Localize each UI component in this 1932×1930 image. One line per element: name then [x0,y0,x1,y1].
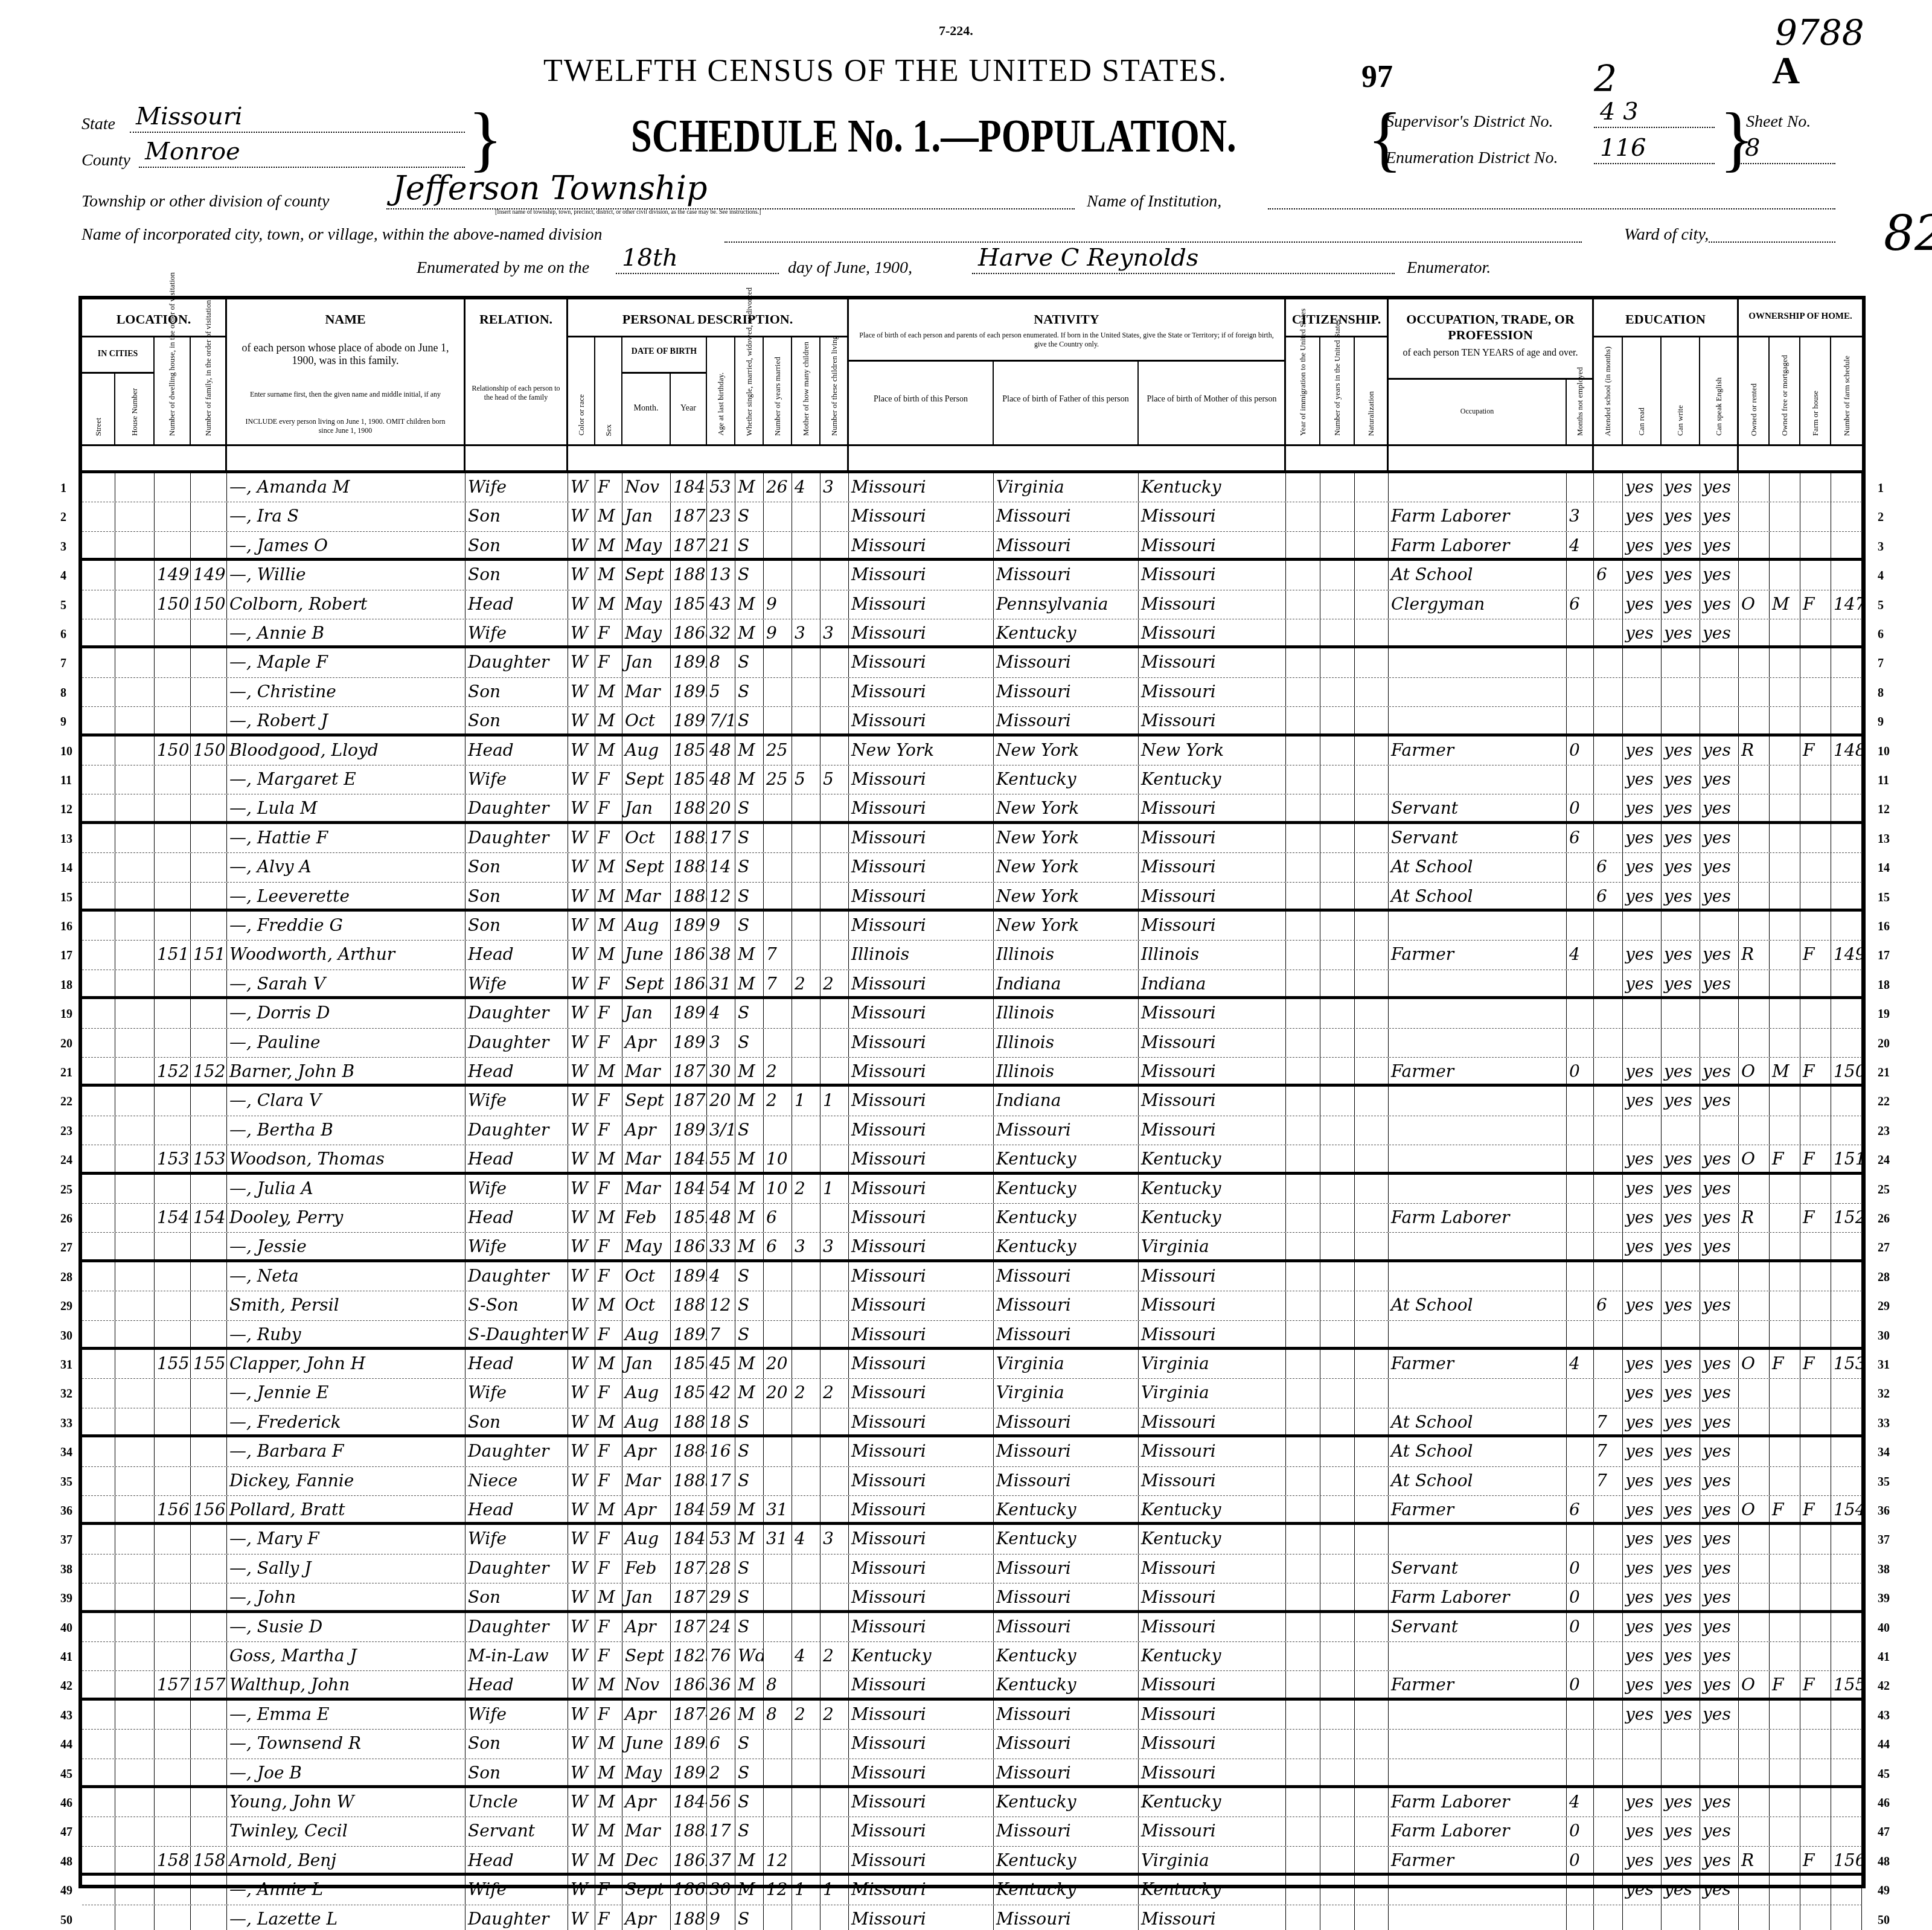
cell-color: W [568,1642,595,1670]
table-row: —, Emma EWifeWFApr187426M822MissouriMiss… [82,1701,1862,1730]
cell-fs [1831,1701,1862,1729]
cell-nat [1355,1116,1389,1145]
table-row: 157157Walthup, JohnHeadWMNov186336M8Miss… [82,1671,1862,1700]
line-number: 33 [1878,1417,1890,1431]
cell-yus [1320,1583,1355,1609]
cell-imm [1286,1496,1320,1522]
cell-dw [155,1467,191,1495]
cell-bm: New York [1139,737,1286,765]
cell-own [1739,473,1770,502]
cell-bm: Missouri [1139,648,1286,677]
cell-read: yes [1623,794,1662,820]
cell-fm [1770,1905,1800,1930]
cell-farm [1800,1408,1831,1434]
cell-read [1623,1321,1662,1347]
cell-farm [1800,853,1831,881]
cell-color: W [568,1087,595,1115]
cell-month: Jan [622,794,671,820]
cell-street [82,532,115,558]
cell-ym: 2 [764,1087,792,1115]
cell-nat [1355,1730,1389,1758]
cell-write: yes [1662,561,1700,589]
cell-mu: 0 [1567,1817,1594,1845]
cell-fm [1770,1701,1800,1729]
cell-house [115,970,155,996]
cell-moc: 1 [792,1876,820,1904]
cell-street [82,1087,115,1115]
cell-rel: Daughter [465,824,568,852]
cell-cl [820,1145,849,1171]
cell-nat [1355,1233,1389,1259]
line-number: 44 [1878,1738,1890,1752]
cell-name: —, Sally J [227,1555,465,1583]
cell-bf: New York [994,737,1139,765]
cell-ym: 31 [764,1525,792,1553]
cell-yus [1320,1817,1355,1845]
cell-eng: yes [1700,1701,1739,1729]
cell-rel: Head [465,1496,568,1522]
cell-read: yes [1623,1817,1662,1845]
cell-bm: Missouri [1139,883,1286,909]
cell-farm: F [1800,1145,1831,1171]
cell-read: yes [1623,561,1662,589]
cell-color: W [568,1905,595,1930]
cell-street [82,765,115,794]
cell-year: 1865 [671,1876,707,1904]
cell-house [115,1905,155,1930]
cell-ym: 7 [764,941,792,969]
cell-sch [1594,1029,1623,1057]
cell-sex: F [595,970,622,996]
cell-farm [1800,619,1831,645]
cell-color: W [568,883,595,909]
cell-farm [1800,912,1831,940]
line-number: 35 [1878,1475,1890,1489]
cell-imm [1286,590,1320,619]
cell-imm [1286,1058,1320,1084]
cell-bf: Missouri [994,1730,1139,1758]
cell-age: 16 [707,1437,735,1466]
table-row: —, Barbara FDaughterWFApr188416SMissouri… [82,1437,1862,1466]
cell-rel: Uncle [465,1788,568,1817]
cell-nat [1355,1847,1389,1873]
census-title: TWELFTH CENSUS OF THE UNITED STATES. [543,53,1227,89]
cell-fs: 148 [1831,737,1862,765]
cell-bp: Missouri [849,1087,994,1115]
cell-dw: 156 [155,1496,191,1522]
cell-rel: Daughter [465,1555,568,1583]
cell-fam [191,619,227,645]
cell-cl: 3 [820,1525,849,1553]
cell-mar: S [735,1116,764,1145]
cell-age: 53 [707,473,735,502]
cell-eng: yes [1700,590,1739,619]
cell-occ [1389,678,1567,706]
cell-fam [191,678,227,706]
cell-year: 1888 [671,883,707,909]
cell-street [82,1116,115,1145]
cell-bm: Missouri [1139,1467,1286,1495]
cell-nat [1355,970,1389,996]
cell-ym: 31 [764,1496,792,1522]
cell-farm: F [1800,590,1831,619]
cell-street [82,590,115,619]
cell-ym: 20 [764,1379,792,1407]
cell-bf: Kentucky [994,1496,1139,1522]
cell-sex: M [595,1847,622,1873]
cell-bp: Missouri [849,1817,994,1845]
cell-ym: 25 [764,737,792,765]
cell-eng: yes [1700,1525,1739,1553]
cell-nat [1355,1145,1389,1171]
cell-bm: Indiana [1139,970,1286,996]
cell-bf: Missouri [994,1905,1139,1930]
cell-age: 59 [707,1496,735,1522]
cell-mu [1567,1233,1594,1259]
cell-occ [1389,1379,1567,1407]
cell-rel: Daughter [465,999,568,1027]
cell-fm: M [1770,590,1800,619]
cell-imm [1286,941,1320,969]
cell-street [82,473,115,502]
cell-bm: Missouri [1139,1437,1286,1466]
cell-bm: Missouri [1139,1730,1286,1758]
cell-nat [1355,1175,1389,1203]
line-number: 11 [60,774,72,788]
cell-own [1739,678,1770,706]
cell-age: 29 [707,1583,735,1609]
cell-ym: 9 [764,619,792,645]
cell-occ: At School [1389,1291,1567,1320]
line-number: 31 [60,1358,72,1372]
line-number: 47 [60,1826,72,1839]
line-number: 24 [1878,1154,1890,1168]
enumeration-value: 116 [1600,134,1646,162]
cell-fs [1831,1876,1862,1904]
line-number: 16 [60,920,72,934]
cell-street [82,1408,115,1434]
cell-fs [1831,1642,1862,1670]
cell-street [82,1379,115,1407]
cell-read: yes [1623,1291,1662,1320]
cell-name: —, Frederick [227,1408,465,1434]
cell-write: yes [1662,1847,1700,1873]
cell-street [82,737,115,765]
cell-own [1739,853,1770,881]
cell-cl [820,1759,849,1785]
enumerated-suffix: day of June, 1900, [788,258,912,278]
cell-fam [191,824,227,852]
cell-yus [1320,970,1355,996]
cell-house [115,1291,155,1320]
cell-house [115,1204,155,1232]
cell-age: 48 [707,765,735,794]
cell-read: yes [1623,1145,1662,1171]
cell-fam [191,1525,227,1553]
cell-yus [1320,883,1355,909]
cell-read [1623,999,1662,1027]
cell-imm [1286,1525,1320,1553]
cell-color: W [568,532,595,558]
cell-year: 1868 [671,619,707,645]
cell-moc [792,1671,820,1697]
cell-name: Twinley, Cecil [227,1817,465,1845]
line-number: 8 [1878,686,1884,700]
cell-fam [191,883,227,909]
cell-moc [792,853,820,881]
cell-sex: F [595,1525,622,1553]
cell-fs [1831,1730,1862,1758]
cell-dw: 155 [155,1350,191,1378]
cell-fam [191,1642,227,1670]
cell-street [82,970,115,996]
cell-eng: yes [1700,1058,1739,1084]
cell-fs [1831,1437,1862,1466]
cell-fm [1770,473,1800,502]
cell-moc: 1 [792,1087,820,1115]
cell-ym: 26 [764,473,792,502]
cell-sex: F [595,1905,622,1930]
line-number: 29 [1878,1300,1890,1314]
cell-ym: 7 [764,970,792,996]
cell-sex: F [595,1116,622,1145]
cell-dw [155,648,191,677]
cell-name: —, Susie D [227,1613,465,1641]
cell-month: Mar [622,1145,671,1171]
cell-read: yes [1623,1350,1662,1378]
cell-moc: 4 [792,1642,820,1670]
cell-mar: M [735,590,764,619]
cell-cl: 2 [820,970,849,996]
cell-year: 1874 [671,1701,707,1729]
cell-color: W [568,1379,595,1407]
cell-street [82,1058,115,1084]
cell-farm [1800,1788,1831,1817]
line-number: 45 [60,1768,72,1781]
cell-ym [764,1730,792,1758]
cell-dw [155,678,191,706]
cell-own [1739,707,1770,733]
cell-moc [792,648,820,677]
cell-cl [820,1905,849,1930]
cell-name: —, Lazette L [227,1905,465,1930]
cell-bm: Missouri [1139,1671,1286,1697]
cell-sex: F [595,794,622,820]
cell-nat [1355,941,1389,969]
cell-moc: 4 [792,473,820,502]
cell-bp: Missouri [849,1555,994,1583]
cell-moc [792,1613,820,1641]
cell-own [1739,970,1770,996]
county-value: Monroe [145,138,240,165]
cell-mar: M [735,1175,764,1203]
cell-mu [1567,1262,1594,1291]
cell-rel: Head [465,941,568,969]
cell-name: —, Emma E [227,1701,465,1729]
cell-own [1739,1555,1770,1583]
cell-street [82,824,115,852]
cell-yus [1320,1321,1355,1347]
cell-street [82,502,115,531]
cell-eng: yes [1700,1175,1739,1203]
cell-month: Aug [622,1408,671,1434]
cell-read [1623,1116,1662,1145]
cell-farm [1800,532,1831,558]
cell-fm [1770,1555,1800,1583]
cell-yus [1320,765,1355,794]
cell-house [115,707,155,733]
line-number: 48 [60,1855,72,1869]
cell-occ: At School [1389,1408,1567,1434]
cell-own: O [1739,590,1770,619]
cell-bp: Missouri [849,1788,994,1817]
cell-write: yes [1662,1671,1700,1697]
cell-imm [1286,1876,1320,1904]
cell-yus [1320,941,1355,969]
cell-own [1739,619,1770,645]
cell-year: 1899 [671,707,707,733]
cell-farm: F [1800,1350,1831,1378]
cell-own: R [1739,1204,1770,1232]
cell-ym [764,1408,792,1434]
cell-sch [1594,1583,1623,1609]
cell-color: W [568,1613,595,1641]
cell-fm [1770,1321,1800,1347]
cell-rel: Wife [465,1525,568,1553]
cell-mu [1567,1087,1594,1115]
cell-month: June [622,941,671,969]
cell-color: W [568,1350,595,1378]
cell-dw [155,999,191,1027]
cell-bf: Virginia [994,473,1139,502]
cell-mu: 6 [1567,1496,1594,1522]
cell-own [1739,1321,1770,1347]
cell-sch [1594,1145,1623,1171]
cell-nat [1355,707,1389,733]
cell-color: W [568,794,595,820]
line-number: 34 [60,1446,72,1460]
cell-fam: 150 [191,590,227,619]
cell-year: 1857 [671,590,707,619]
cell-bf: Missouri [994,1437,1139,1466]
cell-rel: Son [465,853,568,881]
township-label: Township or other division of county [82,192,329,211]
cell-occ [1389,1642,1567,1670]
sheet-field: 8 [1739,139,1835,164]
cell-bm: Missouri [1139,707,1286,733]
cell-rel: Daughter [465,1437,568,1466]
cell-name: —, Freddie G [227,912,465,940]
cell-mar: M [735,1087,764,1115]
cell-rel: S-Son [465,1291,568,1320]
cell-fs [1831,561,1862,589]
line-number: 49 [60,1884,72,1898]
cell-cl [820,1350,849,1378]
line-number: 10 [60,745,72,759]
cell-cl [820,853,849,881]
cell-fm [1770,1847,1800,1873]
cell-sch [1594,1730,1623,1758]
cell-occ [1389,1029,1567,1057]
cell-dw: 153 [155,1145,191,1171]
cell-cl: 2 [820,1379,849,1407]
cell-farm [1800,1613,1831,1641]
cell-age: 55 [707,1145,735,1171]
cell-sch [1594,1233,1623,1259]
cell-mar: S [735,1788,764,1817]
cell-street [82,1817,115,1845]
cell-mar: S [735,824,764,852]
cell-cl: 1 [820,1175,849,1203]
cell-rel: Wife [465,1701,568,1729]
cell-fs [1831,1408,1862,1434]
cell-read: yes [1623,1555,1662,1583]
cell-mar: M [735,737,764,765]
cell-eng: yes [1700,794,1739,820]
cell-read: yes [1623,1467,1662,1495]
cell-bf: Missouri [994,502,1139,531]
cell-bm: Missouri [1139,824,1286,852]
state-value: Missouri [136,103,243,130]
cell-farm [1800,1379,1831,1407]
cell-ym [764,1759,792,1785]
cell-dw [155,532,191,558]
cell-imm [1286,1730,1320,1758]
cell-street [82,1642,115,1670]
cell-imm [1286,619,1320,645]
cell-mu [1567,1379,1594,1407]
line-number: 50 [1878,1914,1890,1928]
cell-read: yes [1623,1525,1662,1553]
cell-house [115,883,155,909]
line-number: 15 [1878,891,1890,905]
cell-occ: Clergyman [1389,590,1567,619]
line-number: 4 [60,569,66,583]
table-row: 150150Colborn, RobertHeadWMMay185743M9Mi… [82,590,1862,619]
cell-month: Sept [622,1642,671,1670]
cell-bf: New York [994,883,1139,909]
cell-yus [1320,794,1355,820]
cell-rel: Head [465,737,568,765]
cell-moc [792,794,820,820]
cell-fs [1831,1379,1862,1407]
cell-farm: F [1800,941,1831,969]
cell-imm [1286,912,1320,940]
cell-mu: 0 [1567,1583,1594,1609]
line-number: 14 [1878,861,1890,875]
cell-bf: Missouri [994,1262,1139,1291]
cell-fam [191,1701,227,1729]
cell-name: —, Hattie F [227,824,465,852]
cell-month: Mar [622,1058,671,1084]
cell-street [82,648,115,677]
cell-name: —, Townsend R [227,1730,465,1758]
cell-write [1662,912,1700,940]
cell-dw [155,1029,191,1057]
cell-imm [1286,1262,1320,1291]
table-row: 158158Arnold, BenjHeadWMDec186237M12Miss… [82,1847,1862,1876]
cell-yus [1320,1525,1355,1553]
cell-year: 1871 [671,1583,707,1609]
cell-own [1739,912,1770,940]
cell-fs [1831,1525,1862,1553]
line-number: 31 [1878,1358,1890,1372]
cell-eng: yes [1700,1613,1739,1641]
cell-own [1739,1583,1770,1609]
cell-read: yes [1623,941,1662,969]
cell-mar: S [735,532,764,558]
cell-fam [191,1788,227,1817]
